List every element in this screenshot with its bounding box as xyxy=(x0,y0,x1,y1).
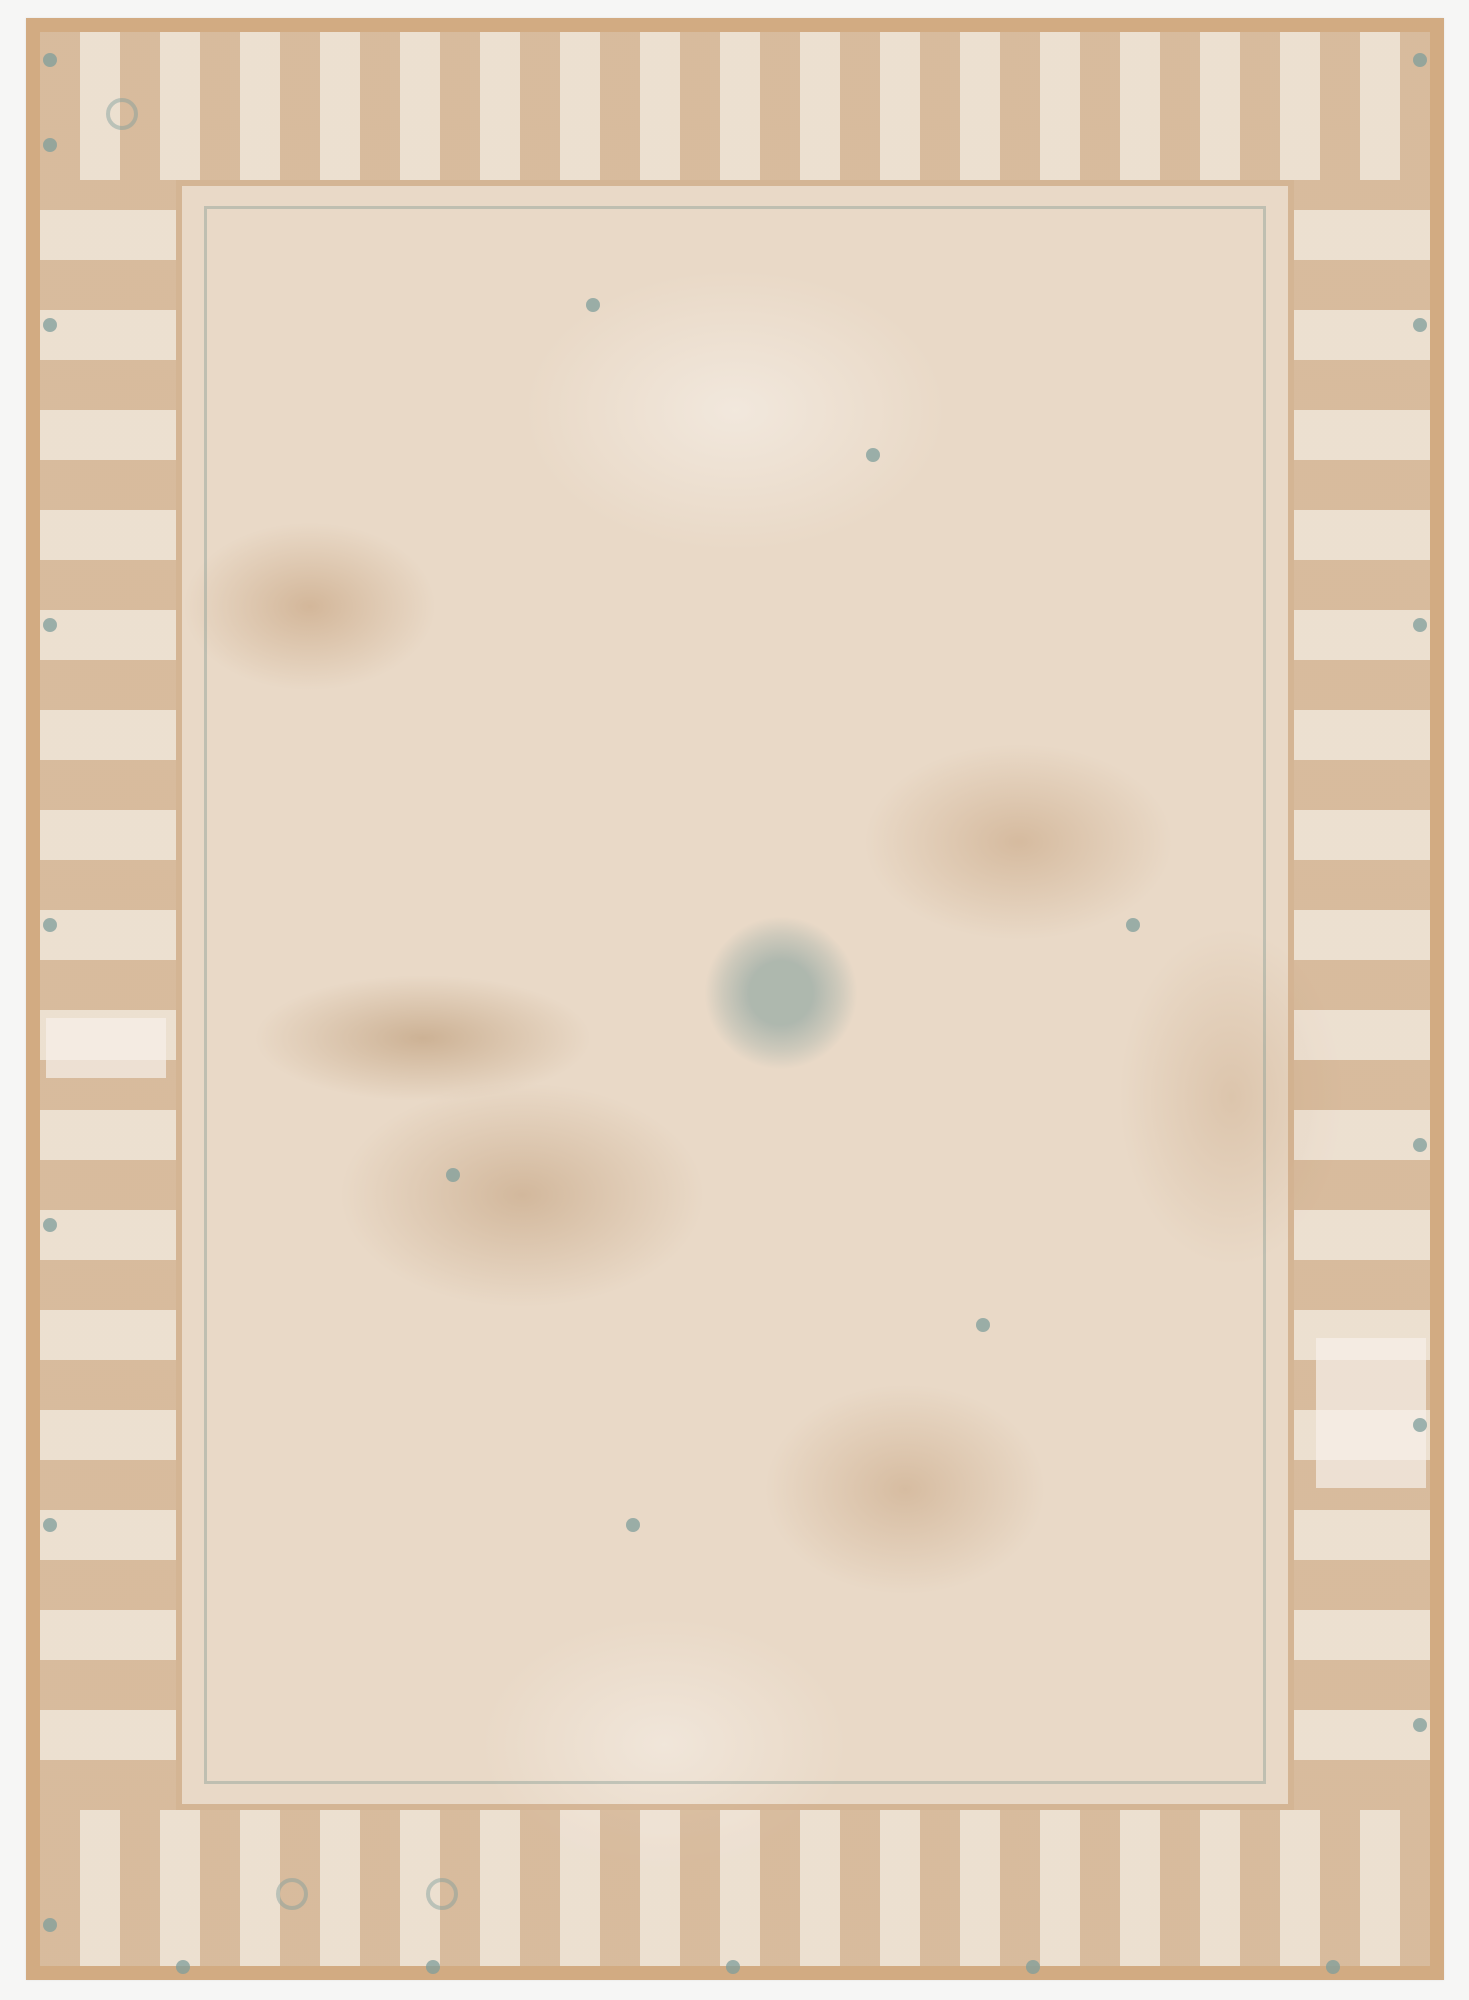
border-dot xyxy=(1413,318,1427,332)
border-dot xyxy=(1413,1718,1427,1732)
field-motif-dot xyxy=(866,448,880,462)
field-motif-dot xyxy=(586,298,600,312)
border-dot xyxy=(43,53,57,67)
border-dot xyxy=(43,138,57,152)
border-dot xyxy=(43,1518,57,1532)
faded-patch xyxy=(46,1018,166,1078)
border-dot xyxy=(1413,1138,1427,1152)
border-dot xyxy=(726,1960,740,1974)
border-dot xyxy=(43,1218,57,1232)
border-dot xyxy=(1413,618,1427,632)
border-dot xyxy=(426,1960,440,1974)
rosette xyxy=(426,1878,458,1910)
border-dot xyxy=(1326,1960,1340,1974)
border-dot xyxy=(1413,1418,1427,1432)
border-dot xyxy=(43,618,57,632)
rosette xyxy=(106,98,138,130)
field-motif-dot xyxy=(976,1318,990,1332)
field-motif-dot xyxy=(1126,918,1140,932)
border-dot xyxy=(176,1960,190,1974)
border-dot xyxy=(43,318,57,332)
border-dot xyxy=(43,918,57,932)
rug xyxy=(26,18,1444,1980)
border-dot xyxy=(1413,53,1427,67)
field-motif-dot xyxy=(626,1518,640,1532)
rosette xyxy=(276,1878,308,1910)
field-motif-dot xyxy=(446,1168,460,1182)
border-dot xyxy=(43,1918,57,1932)
border-dot xyxy=(1026,1960,1040,1974)
faded-patch xyxy=(1316,1338,1426,1488)
